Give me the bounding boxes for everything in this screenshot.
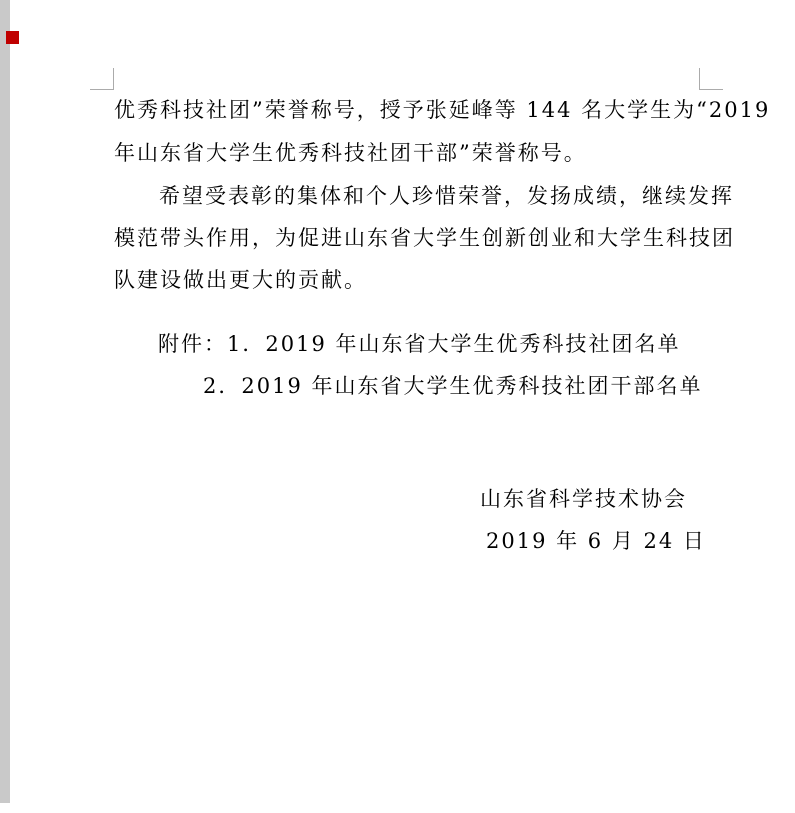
attachment-line-2: 2．2019 年山东省大学生优秀科技社团干部名单 xyxy=(203,375,702,398)
body-text-line-4: 模范带头作用，为促进山东省大学生创新创业和大学生科技团 xyxy=(114,227,735,250)
signature-organization: 山东省科学技术协会 xyxy=(480,488,687,511)
document-viewer: 优秀科技社团”荣誉称号，授予张延峰等 144 名大学生为“2019 年山东省大学… xyxy=(0,0,795,813)
body-text-line-1: 优秀科技社团”荣誉称号，授予张延峰等 144 名大学生为“2019 xyxy=(114,99,770,122)
margin-crop-mark-right xyxy=(699,68,723,90)
body-text-line-2: 年山东省大学生优秀科技社团干部”荣誉称号。 xyxy=(114,142,587,165)
window-left-gutter xyxy=(0,0,10,803)
margin-crop-mark-left xyxy=(90,68,114,90)
body-text-line-3: 希望受表彰的集体和个人珍惜荣誉，发扬成绩，继续发挥 xyxy=(159,185,734,208)
signature-date: 2019 年 6 月 24 日 xyxy=(486,530,706,553)
attachment-line-1: 附件：1．2019 年山东省大学生优秀科技社团名单 xyxy=(158,333,680,356)
body-text-line-5: 队建设做出更大的贡献。 xyxy=(114,269,367,292)
red-marker-square xyxy=(6,31,19,44)
